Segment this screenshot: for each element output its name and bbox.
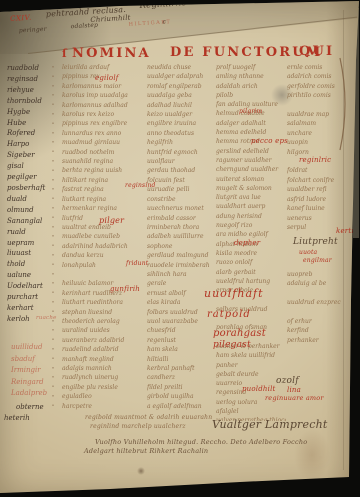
rubric-name: lina: [287, 386, 301, 394]
rubric-name: reginlric: [299, 156, 331, 164]
margin-name: obterne: [16, 403, 44, 411]
parchment-page: CXIV. pehtraahd reclusa. Reginlirhe peri…: [0, 0, 360, 497]
margin-name: heterih: [4, 414, 30, 422]
margin-bracket-icon: [337, 56, 351, 152]
names-column-2: neudida chuse uualdger adalprah romlaf e…: [147, 63, 215, 411]
page-title-word: QUI: [299, 44, 334, 59]
entry-line: regibold muantmot & odalrih euuarahn: [85, 414, 212, 421]
title-paraph: ſ: [62, 47, 67, 60]
entry-leader-marks: [52, 66, 54, 406]
rubric-name: uuolfhaft: [204, 287, 264, 300]
rubric-name: engilmar: [303, 257, 332, 264]
margin-names-dark: ruadbold reginsad riehyue thornbold Hygb…: [7, 63, 45, 325]
margin-names-faded-red: uuillidud sbaduf Irmingir Reingard Ladal…: [11, 342, 47, 400]
added-name: Reginlirhe: [139, 0, 187, 11]
added-name: Chriumhilt: [90, 14, 131, 24]
rubric-name: uuota: [299, 249, 317, 256]
rubric-name: egilolf: [95, 74, 119, 82]
rubric-name: pecco eps: [251, 137, 288, 145]
rubric-name: fridunt: [126, 260, 148, 267]
folio-number: CXIV.: [10, 14, 32, 23]
rubric-name: puoldhilt: [242, 385, 276, 393]
rubric-name: gunfirih: [110, 285, 140, 293]
rubric-name: reginsind: [125, 182, 156, 189]
rubric-name: pilgrim: [239, 108, 262, 115]
rubric-name: pilger: [99, 216, 124, 225]
entry-line: reginlind marchelp uualcherz: [90, 423, 186, 430]
added-large-name: ozolf: [276, 376, 299, 386]
rubric-name: pilegast: [213, 340, 251, 350]
rubric-name: ratpold: [207, 309, 251, 320]
rubric-name: reginuuare amor: [265, 394, 324, 402]
names-column-1: leiurilda ardauf pippinus rex karlomannu…: [62, 63, 146, 411]
footer-names-line: Vuolfho Vuhilleholm hiltegud. Reccho. De…: [95, 438, 307, 446]
added-letter: c: [162, 18, 166, 25]
page-title-word: NOMINA: [72, 46, 151, 61]
added-name: peringer: [19, 26, 47, 35]
added-large-name: Vualtger Lamprecht: [212, 418, 328, 431]
rubric-name: depher: [234, 239, 260, 247]
added-large-name: Liutpreht: [293, 237, 338, 247]
rubric-name: porahgast: [213, 328, 266, 339]
manuscript-photo: CXIV. pehtraahd reclusa. Reginlirhe peri…: [0, 0, 360, 497]
footer-names-line: Adelgart hiltebrut Rihkert Rachalin: [84, 447, 208, 455]
